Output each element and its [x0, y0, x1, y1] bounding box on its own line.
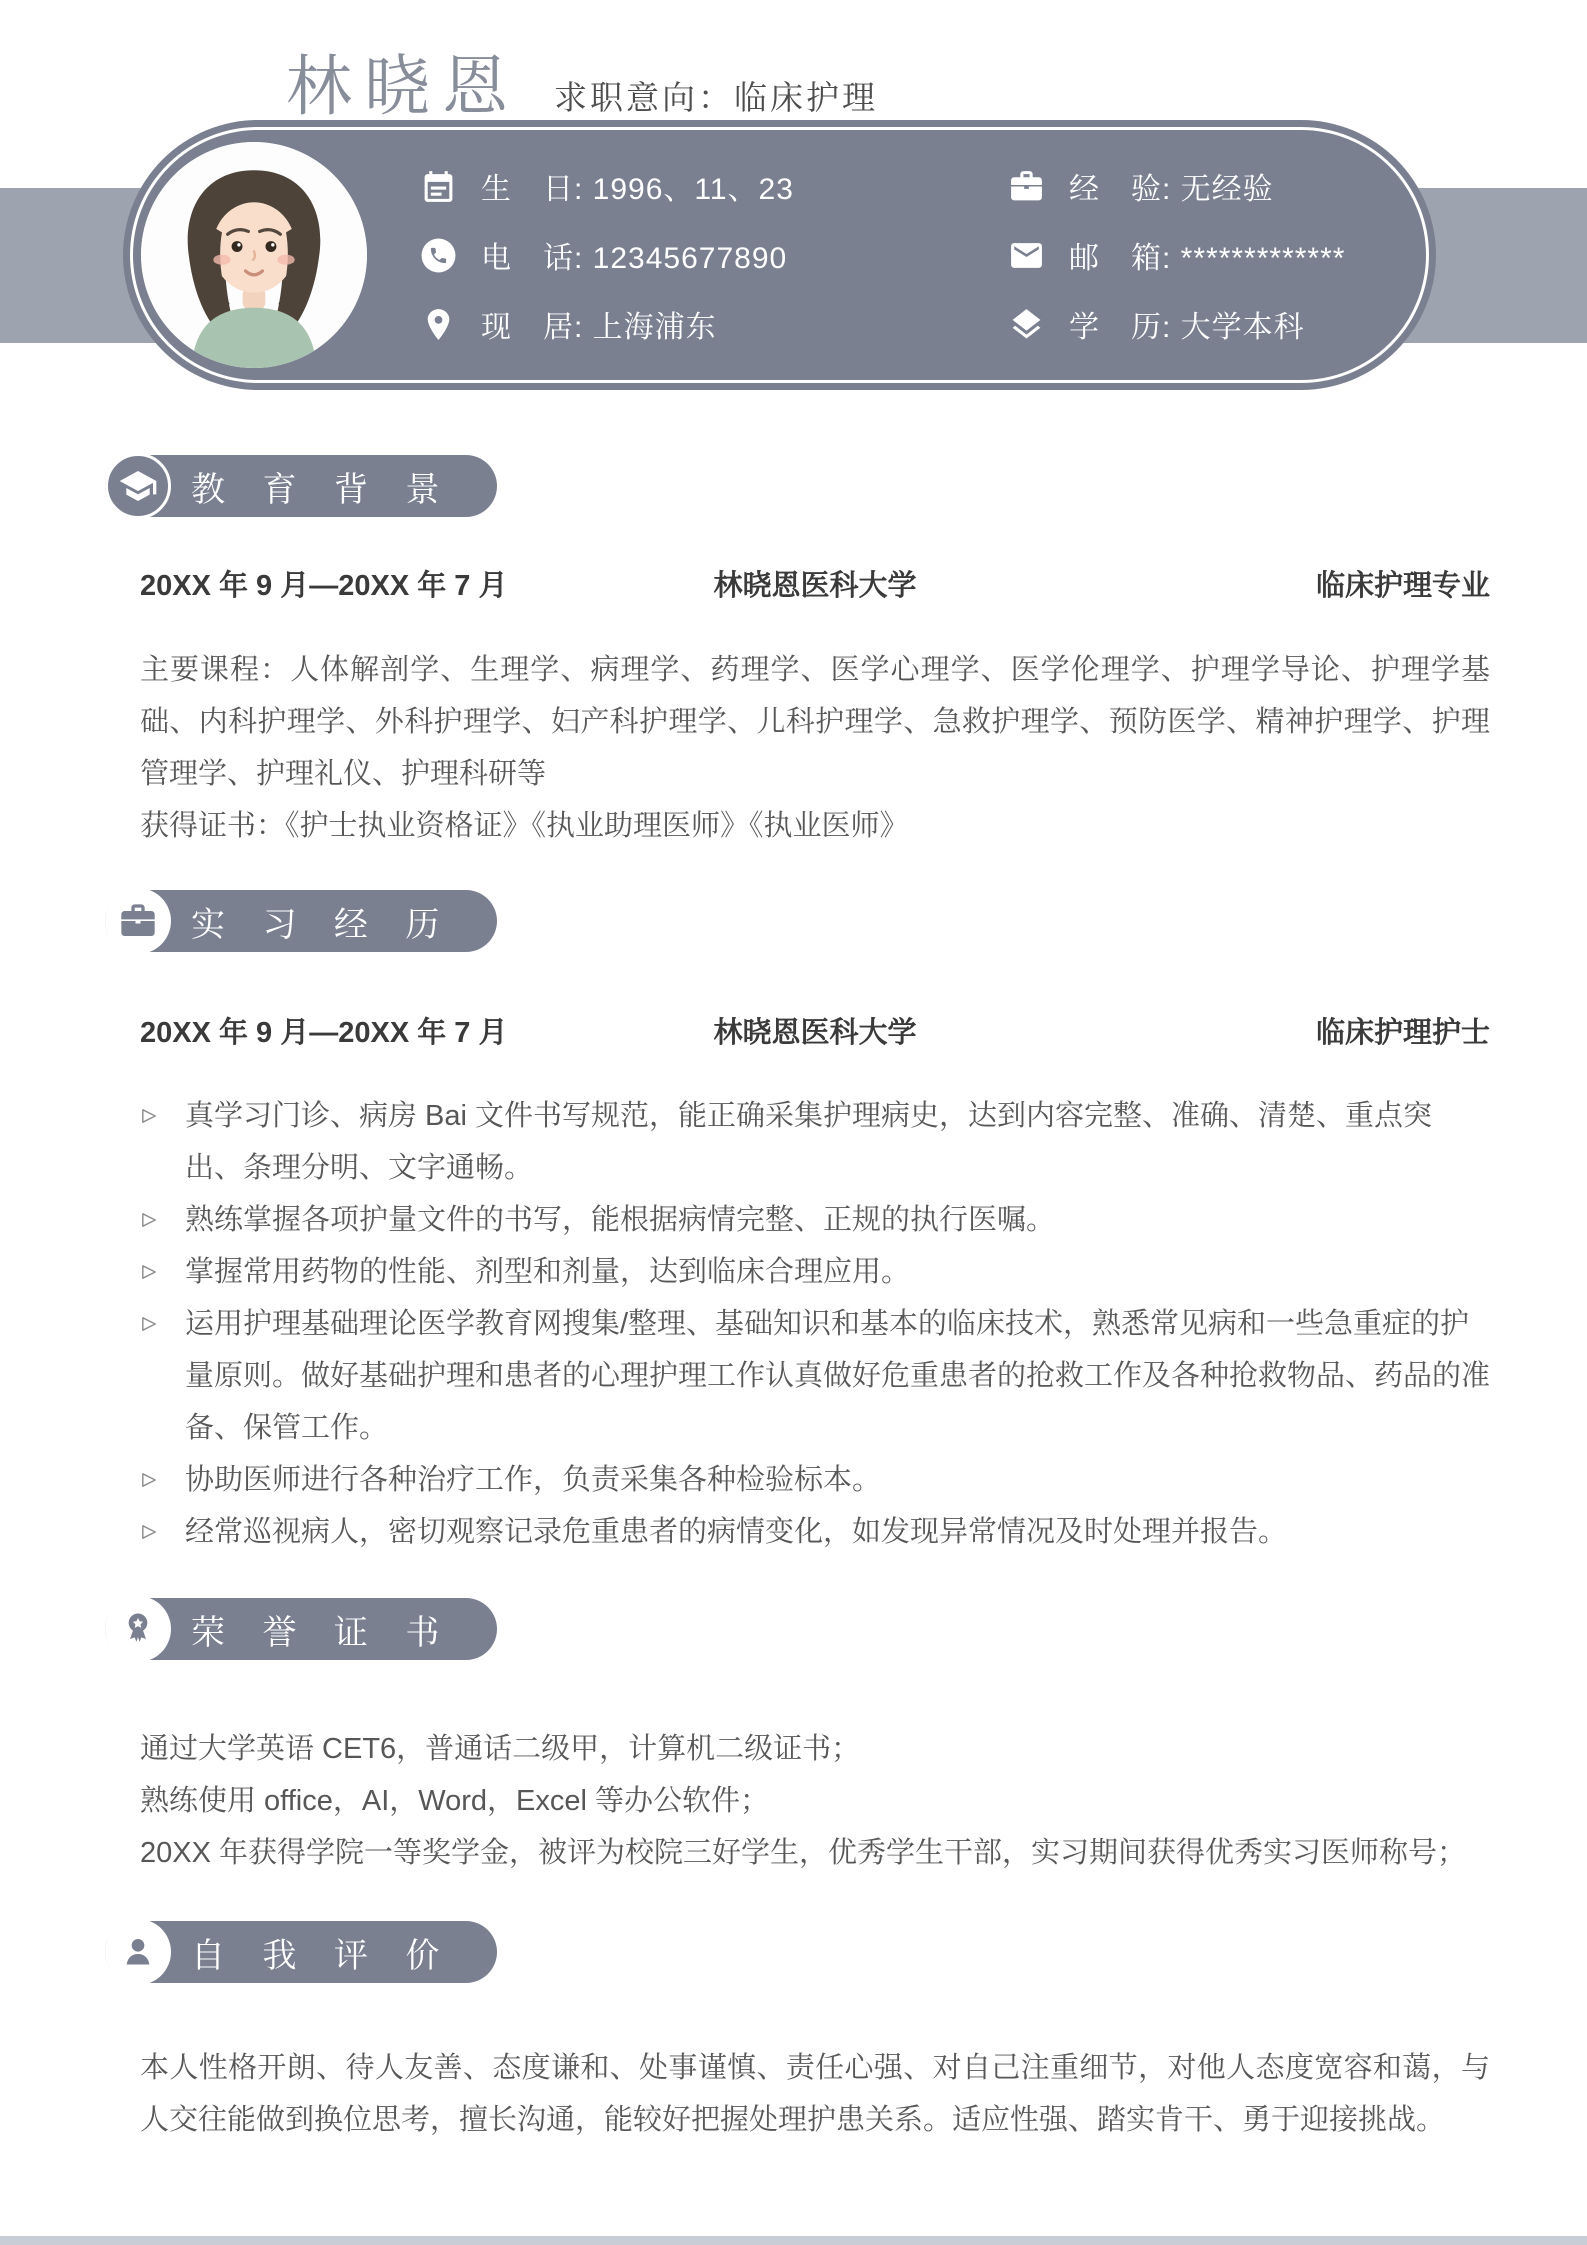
- arrow-bullet-icon: [140, 1471, 158, 1489]
- section-title: 自 我 评 价: [191, 1928, 453, 1977]
- arrow-bullet-icon: [140, 1315, 158, 1333]
- bullet-text: 真学习门诊、病房 Bai 文件书写规范，能正确采集护理病史，达到内容完整、准确、…: [185, 1090, 1490, 1194]
- internship-role: 临床护理护士: [917, 1010, 1491, 1051]
- internship-section-header: 实 习 经 历: [105, 890, 497, 952]
- honors-content: 通过大学英语 CET6，普通话二级甲，计算机二级证书； 熟练使用 office，…: [140, 1723, 1490, 1879]
- card-info-left: 生 日: 1996、11、23 电 话: 12345677890 现 居: 上海…: [420, 120, 794, 390]
- info-text: 邮 箱: *************: [1069, 233, 1345, 277]
- education-period: 20XX 年 9 月—20XX 年 7 月: [140, 563, 713, 604]
- honor-line: 通过大学英语 CET6，普通话二级甲，计算机二级证书；: [140, 1723, 1490, 1775]
- info-education-level: 学 历: 大学本科: [1008, 302, 1345, 346]
- section-title: 荣 誉 证 书: [191, 1605, 453, 1654]
- internship-meta-row: 20XX 年 9 月—20XX 年 7 月 林晓恩医科大学 临床护理护士: [140, 1010, 1490, 1051]
- section-title: 实 习 经 历: [191, 897, 453, 946]
- bullet-text: 协助医师进行各种治疗工作，负责采集各种检验标本。: [185, 1454, 881, 1506]
- section-title: 教 育 背 景: [191, 462, 453, 511]
- education-section-header: 教 育 背 景: [105, 455, 497, 517]
- honors-section-header: 荣 誉 证 书: [105, 1598, 497, 1660]
- briefcase-section-icon: [105, 888, 171, 954]
- resume-page: 林晓恩 求职意向：临床护理: [0, 0, 1587, 2245]
- internship-period: 20XX 年 9 月—20XX 年 7 月: [140, 1010, 713, 1051]
- self-evaluation-section-header: 自 我 评 价: [105, 1921, 497, 1983]
- section-self-evaluation: 自 我 评 价 本人性格开朗、待人友善、态度谦和、处事谨慎、责任心强、对自己注重…: [105, 1921, 1490, 2146]
- info-text: 生 日: 1996、11、23: [481, 164, 794, 208]
- mail-icon: [1008, 237, 1045, 274]
- arrow-bullet-icon: [140, 1523, 158, 1541]
- info-phone: 电 话: 12345677890: [420, 233, 794, 277]
- info-text: 学 历: 大学本科: [1069, 302, 1305, 346]
- honor-line: 20XX 年获得学院一等奖学金，被评为校院三好学生，优秀学生干部，实习期间获得优…: [140, 1827, 1490, 1879]
- info-text: 经 验: 无经验: [1069, 164, 1274, 208]
- avatar-illustration: [141, 142, 367, 368]
- education-certificates: 获得证书：《护士执业资格证》《执业助理医师》《执业医师》: [140, 800, 1490, 852]
- bullet-item: 协助医师进行各种治疗工作，负责采集各种检验标本。: [140, 1454, 1490, 1506]
- arrow-bullet-icon: [140, 1211, 158, 1229]
- header-name-row: 林晓恩 求职意向：临床护理: [286, 33, 878, 128]
- self-evaluation-text: 本人性格开朗、待人友善、态度谦和、处事谨慎、责任心强、对自己注重细节，对他人态度…: [140, 2042, 1490, 2146]
- bullet-item: 运用护理基础理论医学教育网搜集/整理、基础知识和基本的临床技术，熟悉常见病和一些…: [140, 1298, 1490, 1454]
- education-major: 临床护理专业: [917, 563, 1491, 604]
- honor-line: 熟练使用 office，AI，Word，Excel 等办公软件；: [140, 1775, 1490, 1827]
- person-icon: [105, 1919, 171, 1985]
- arrow-bullet-icon: [140, 1263, 158, 1281]
- page-bottom-edge: [0, 2236, 1587, 2245]
- briefcase-icon: [1008, 168, 1045, 205]
- self-evaluation-content: 本人性格开朗、待人友善、态度谦和、处事谨慎、责任心强、对自己注重细节，对他人态度…: [140, 2042, 1490, 2146]
- education-courses: 主要课程：人体解剖学、生理学、病理学、药理学、医学心理学、医学伦理学、护理学导论…: [140, 644, 1490, 800]
- job-intention: 求职意向：临床护理: [554, 72, 878, 119]
- phone-icon: [420, 237, 457, 274]
- education-school: 林晓恩医科大学: [713, 563, 916, 604]
- info-text: 现 居: 上海浦东: [481, 302, 717, 346]
- info-birthday: 生 日: 1996、11、23: [420, 164, 794, 208]
- internship-bullet-list: 真学习门诊、病房 Bai 文件书写规范，能正确采集护理病史，达到内容完整、准确、…: [140, 1090, 1490, 1558]
- info-residence: 现 居: 上海浦东: [420, 302, 794, 346]
- info-text: 电 话: 12345677890: [481, 233, 787, 277]
- graduation-cap-icon: [105, 453, 171, 519]
- degree-icon: [1008, 306, 1045, 343]
- education-meta-row: 20XX 年 9 月—20XX 年 7 月 林晓恩医科大学 临床护理专业: [140, 563, 1490, 604]
- bullet-item: 真学习门诊、病房 Bai 文件书写规范，能正确采集护理病史，达到内容完整、准确、…: [140, 1090, 1490, 1194]
- internship-school: 林晓恩医科大学: [713, 1010, 916, 1051]
- section-internship: 实 习 经 历 20XX 年 9 月—20XX 年 7 月 林晓恩医科大学 临床…: [105, 890, 1490, 1558]
- bullet-text: 运用护理基础理论医学教育网搜集/整理、基础知识和基本的临床技术，熟悉常见病和一些…: [185, 1298, 1490, 1454]
- arrow-bullet-icon: [140, 1107, 158, 1125]
- location-icon: [420, 306, 457, 343]
- bullet-text: 熟练掌握各项护量文件的书写，能根据病情完整、正规的执行医嘱。: [185, 1194, 1055, 1246]
- bullet-text: 经常巡视病人，密切观察记录危重患者的病情变化，如发现异常情况及时处理并报告。: [185, 1506, 1287, 1558]
- education-details: 主要课程：人体解剖学、生理学、病理学、药理学、医学心理学、医学伦理学、护理学导论…: [140, 644, 1490, 852]
- bullet-text: 掌握常用药物的性能、剂型和剂量，达到临床合理应用。: [185, 1246, 910, 1298]
- bullet-item: 熟练掌握各项护量文件的书写，能根据病情完整、正规的执行医嘱。: [140, 1194, 1490, 1246]
- education-content: 20XX 年 9 月—20XX 年 7 月 林晓恩医科大学 临床护理专业 主要课…: [140, 563, 1490, 852]
- internship-content: 20XX 年 9 月—20XX 年 7 月 林晓恩医科大学 临床护理护士 真学习…: [140, 1010, 1490, 1558]
- avatar: [141, 142, 367, 368]
- profile-card: 生 日: 1996、11、23 电 话: 12345677890 现 居: 上海…: [123, 120, 1436, 390]
- info-email: 邮 箱: *************: [1008, 233, 1345, 277]
- section-honors: 荣 誉 证 书 通过大学英语 CET6，普通话二级甲，计算机二级证书； 熟练使用…: [105, 1598, 1490, 1879]
- info-experience: 经 验: 无经验: [1008, 164, 1345, 208]
- calendar-icon: [420, 168, 457, 205]
- honors-lines: 通过大学英语 CET6，普通话二级甲，计算机二级证书； 熟练使用 office，…: [140, 1723, 1490, 1879]
- card-info-right: 经 验: 无经验 邮 箱: ************* 学 历: 大学本科: [1008, 120, 1345, 390]
- section-education: 教 育 背 景 20XX 年 9 月—20XX 年 7 月 林晓恩医科大学 临床…: [105, 455, 1490, 852]
- medal-icon: [105, 1596, 171, 1662]
- bullet-item: 经常巡视病人，密切观察记录危重患者的病情变化，如发现异常情况及时处理并报告。: [140, 1506, 1490, 1558]
- candidate-name: 林晓恩: [286, 33, 520, 128]
- bullet-item: 掌握常用药物的性能、剂型和剂量，达到临床合理应用。: [140, 1246, 1490, 1298]
